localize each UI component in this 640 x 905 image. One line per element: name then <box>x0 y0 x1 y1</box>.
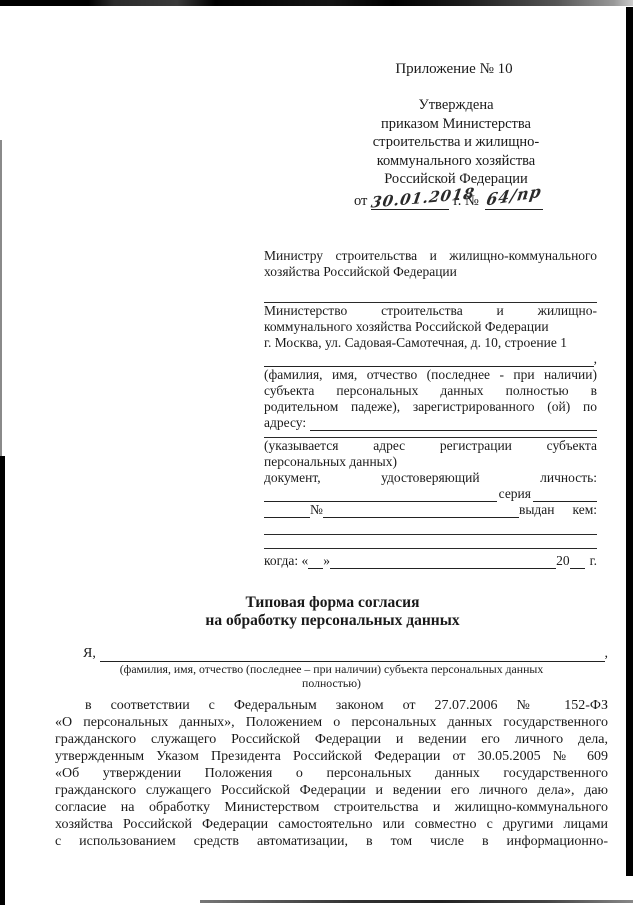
identity-doc-line: документ, удостоверяющий личность: <box>264 470 597 486</box>
approval-line: Утверждена <box>340 96 572 115</box>
issue-date-blank <box>330 554 556 569</box>
addressee-to-line: хозяйства Российской Федерации <box>264 264 597 280</box>
day-blank <box>308 554 323 569</box>
declarant-row: Я, , <box>55 644 608 662</box>
when-label: когда: « <box>264 553 308 569</box>
year-blank <box>570 554 585 569</box>
address-label: адресу: <box>264 415 306 431</box>
org-name-line: Министерство строительства и жилищно- <box>264 303 597 319</box>
number-blank-fill <box>323 503 519 518</box>
form-title: Типовая форма согласия на обработку перс… <box>55 594 610 630</box>
address-blank <box>310 416 597 431</box>
caption-line: (фамилия, имя, отчество (последнее – при… <box>55 663 608 677</box>
year-suffix-label: г. <box>590 553 597 569</box>
org-name-line: коммунального хозяйства Российской Федер… <box>264 319 597 335</box>
from-label: от <box>354 192 367 211</box>
address-field-row: адресу: <box>264 415 597 431</box>
blank-rule <box>264 548 597 549</box>
fio-hint-line: родительном падеже), зарегистрированного… <box>264 399 597 415</box>
i-label: Я, <box>83 646 96 662</box>
paragraph-line: гражданского служащего Российской Федера… <box>55 731 608 748</box>
approval-date-row: от 30.01.2018 г. № 64/пр <box>340 190 572 211</box>
paragraph-line: утвержденным Указом Президента Российско… <box>55 748 608 765</box>
paragraph-line: хозяйства Российской Федерации самостоят… <box>55 816 608 833</box>
issue-date-row: когда: « » 20 г. <box>264 553 597 569</box>
scan-border-left-thin <box>0 140 2 460</box>
by-whom-label: кем: <box>572 502 597 518</box>
fio-hint-line: субъекта персональных данных полностью в <box>264 383 597 399</box>
consent-body: Я, , (фамилия, имя, отчество (последнее … <box>55 644 608 850</box>
series-row: серия <box>264 486 597 502</box>
comma-label: , <box>594 351 597 367</box>
form-title-line: на обработку персональных данных <box>55 612 610 630</box>
appendix-label: Приложение № 10 <box>340 61 568 78</box>
caption-line: полностью) <box>55 677 608 691</box>
quote-close-label: » <box>323 553 330 569</box>
scan-border-top <box>0 0 633 6</box>
addressee-to-line: Министру строительства и жилищно-коммуна… <box>264 248 597 264</box>
order-number-blank: 64/пр <box>485 190 543 211</box>
blank-line-with-comma: , <box>264 351 597 367</box>
series-label: серия <box>499 486 531 502</box>
address-hint-line: (указывается адрес регистрации субъекта <box>264 438 597 454</box>
number-sign: № <box>310 502 323 518</box>
approval-line: строительства и жилищно- <box>340 133 572 152</box>
approval-line: коммунального хозяйства <box>340 152 572 171</box>
address-hint-line: персональных данных) <box>264 454 597 470</box>
org-address-line: г. Москва, ул. Садовая-Самотечная, д. 10… <box>264 335 597 351</box>
issued-label: выдан <box>519 502 555 518</box>
approval-block: Утверждена приказом Министерства строите… <box>340 96 572 210</box>
addressee-block: Министру строительства и жилищно-коммуна… <box>264 248 597 569</box>
blank-underline <box>264 352 594 367</box>
declarant-name-blank <box>100 647 605 662</box>
series-blank-left <box>264 487 497 502</box>
approval-line: приказом Министерства <box>340 115 572 134</box>
consent-paragraph: в соответствии с Федеральным законом от … <box>55 697 608 850</box>
blank-rule <box>264 534 597 535</box>
number-blank-left <box>264 503 310 518</box>
form-title-line: Типовая форма согласия <box>55 594 610 612</box>
paragraph-line: гражданского служащего Российской Федера… <box>55 782 608 799</box>
scan-border-left-thick <box>0 456 5 905</box>
scanned-document-page: Приложение № 10 Утверждена приказом Мини… <box>0 0 640 905</box>
declarant-caption: (фамилия, имя, отчество (последнее – при… <box>55 663 608 690</box>
scan-border-bottom <box>200 900 633 903</box>
year-prefix-label: 20 <box>556 553 570 569</box>
fio-hint-line: (фамилия, имя, отчество (последнее - при… <box>264 367 597 383</box>
paragraph-line: «О персональных данных», Положением о пе… <box>55 714 608 731</box>
trailing-comma: , <box>605 646 609 662</box>
order-date-blank: 30.01.2018 <box>371 190 449 211</box>
paragraph-line: в соответствии с Федеральным законом от … <box>55 697 608 714</box>
series-blank-right <box>533 487 597 502</box>
paragraph-line: согласие на обработку Министерством стро… <box>55 799 608 816</box>
scan-border-right <box>626 7 633 876</box>
doc-number-row: № выдан кем: <box>264 502 597 518</box>
paragraph-line: «Об утверждении Положения о персональных… <box>55 765 608 782</box>
paragraph-line: с использованием средств автоматизации, … <box>55 833 608 850</box>
